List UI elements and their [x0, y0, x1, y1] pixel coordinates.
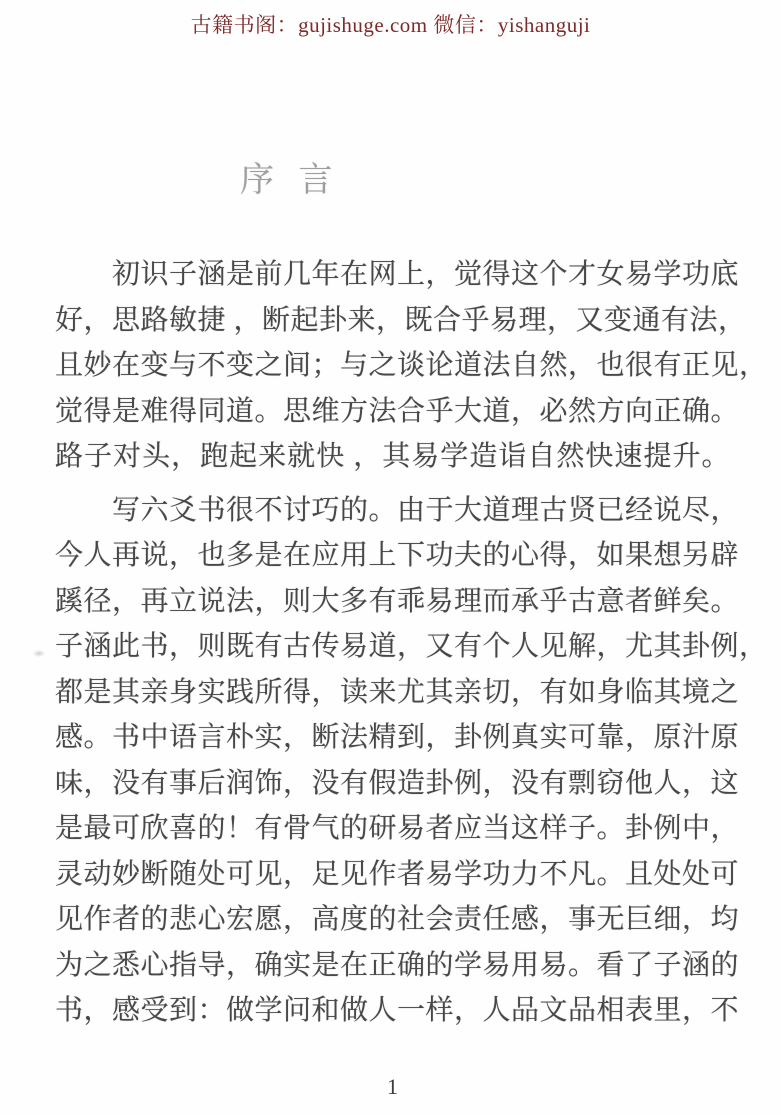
text-line: 味，没有事后润饰，没有假造卦例，没有剽窃他人，这 [55, 761, 730, 807]
scan-speck-artifact [33, 650, 45, 657]
text-line: 初识子涵是前几年在网上，觉得这个才女易学功底 [55, 252, 730, 298]
body-text-column: 初识子涵是前几年在网上，觉得这个才女易学功底 好，思路敏捷 ，断起卦来，既合乎易… [0, 252, 781, 1100]
paragraph-2: 写六爻书很不讨巧的。由于大道理古贤已经说尽， 今人再说，也多是在应用上下功夫的心… [55, 488, 730, 1034]
text-line: 见作者的悲心宏愿，高度的社会责任感，事无巨细，均 [55, 897, 730, 943]
text-line: 蹊径，再立说法，则大多有乖易理而承乎古意者鲜矣。 [55, 579, 730, 625]
text-line: 都是其亲身实践所得，读来尤其亲切，有如身临其境之 [55, 670, 730, 716]
text-line: 为之悉心指导，确实是在正确的学易用易。看了子涵的 [55, 943, 730, 989]
text-line: 写六爻书很不讨巧的。由于大道理古贤已经说尽， [55, 488, 730, 534]
watermark-text: 古籍书阁：gujishuge.com 微信：yishanguji [191, 13, 591, 37]
text-line: 觉得是难得同道。思维方法合乎大道，必然方向正确。 [55, 389, 730, 435]
text-line: 子涵此书，则既有古传易道，又有个人见解，尤其卦例， [55, 624, 730, 670]
text-line: 路子对头，跑起来就快 ，其易学造诣自然快速提升。 [55, 434, 730, 480]
text-line: 感。书中语言朴实，断法精到，卦例真实可靠，原汁原 [55, 715, 730, 761]
text-line: 好，思路敏捷 ，断起卦来，既合乎易理，又变通有法， [55, 298, 730, 344]
scanned-book-page: 古籍书阁：gujishuge.com 微信：yishanguji 序 言 初识子… [0, 0, 781, 1115]
text-line: 今人再说，也多是在应用上下功夫的心得，如果想另辟 [55, 533, 730, 579]
paragraph-1: 初识子涵是前几年在网上，觉得这个才女易学功底 好，思路敏捷 ，断起卦来，既合乎易… [55, 252, 730, 480]
text-line: 灵动妙断随处可见，足见作者易学功力不凡。且处处可 [55, 852, 730, 898]
text-line: 且妙在变与不变之间；与之谈论道法自然，也很有正见， [55, 343, 730, 389]
preface-title: 序 言 [0, 162, 781, 200]
watermark-header: 古籍书阁：gujishuge.com 微信：yishanguji [0, 0, 781, 40]
page-number: 1 [55, 1074, 730, 1100]
text-line: 是最可欣喜的！有骨气的研易者应当这样子。卦例中， [55, 806, 730, 852]
text-line: 书，感受到：做学问和做人一样，人品文品相表里，不 [55, 988, 730, 1034]
